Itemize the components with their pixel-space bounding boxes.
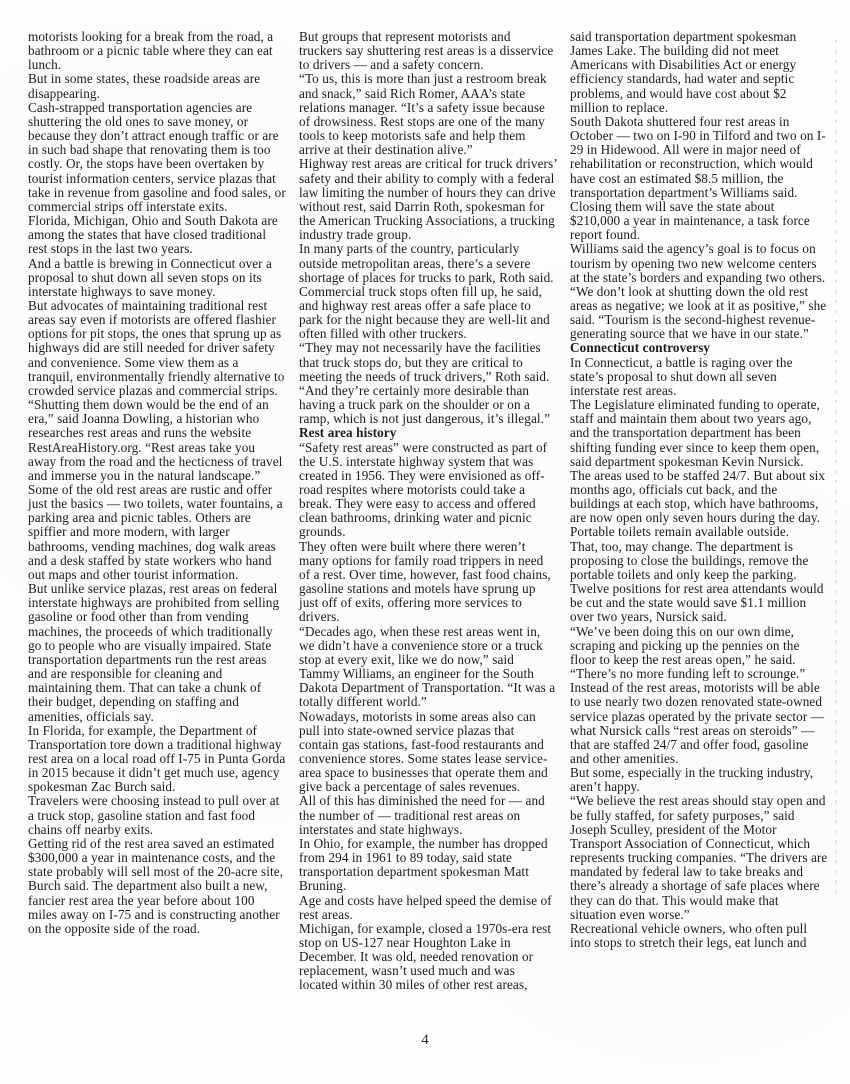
paragraph: Cash-strapped transportation agencies ar…: [28, 101, 286, 214]
paragraph: Age and costs have helped speed the demi…: [299, 894, 557, 922]
paragraph: Some of the old rest areas are rustic an…: [28, 483, 286, 582]
paragraph: In many parts of the country, particular…: [299, 242, 557, 341]
section-heading: Connecticut controversy: [570, 341, 828, 355]
paragraph: All of this has diminished the need for …: [299, 794, 557, 836]
paragraph: Getting rid of the rest area saved an es…: [28, 837, 286, 936]
paragraph: The Legislature eliminated funding to op…: [570, 398, 828, 469]
paragraph: “Decades ago, when these rest areas went…: [299, 625, 557, 710]
paragraph: “We’ve been doing this on our own dime, …: [570, 625, 828, 667]
scan-edge-artifact: [835, 40, 837, 900]
paragraph: They often were built where there weren’…: [299, 540, 557, 625]
column-2: But groups that represent motorists and …: [299, 30, 557, 993]
paragraph: “We believe the rest areas should stay o…: [570, 794, 828, 921]
paragraph: But in some states, these roadside areas…: [28, 72, 286, 100]
paragraph: “We don’t look at shutting down the old …: [570, 285, 828, 342]
paragraph: Florida, Michigan, Ohio and South Dakota…: [28, 214, 286, 256]
paragraph: “To us, this is more than just a restroo…: [299, 72, 557, 157]
paragraph: said transportation department spokesman…: [570, 30, 828, 115]
article-columns: motorists looking for a break from the r…: [0, 0, 850, 993]
paragraph: motorists looking for a break from the r…: [28, 30, 286, 72]
scanned-document-page: motorists looking for a break from the r…: [0, 0, 850, 1084]
paragraph: Instead of the rest areas, motorists wil…: [570, 681, 828, 766]
paragraph: “Safety rest areas” were constructed as …: [299, 441, 557, 540]
paragraph: But unlike service plazas, rest areas on…: [28, 582, 286, 724]
paragraph: Williams said the agency’s goal is to fo…: [570, 242, 828, 284]
paragraph: Twelve positions for rest area attendant…: [570, 582, 828, 624]
paragraph: That, too, may change. The department is…: [570, 540, 828, 582]
paragraph: The areas used to be staffed 24/7. But a…: [570, 469, 828, 540]
paragraph: And a battle is brewing in Connecticut o…: [28, 257, 286, 299]
paragraph: Michigan, for example, closed a 1970s-er…: [299, 922, 557, 993]
paragraph: South Dakota shuttered four rest areas i…: [570, 115, 828, 242]
paragraph: But some, especially in the trucking ind…: [570, 766, 828, 794]
paragraph: In Connecticut, a battle is raging over …: [570, 356, 828, 398]
column-3: said transportation department spokesman…: [570, 30, 828, 993]
paragraph: But groups that represent motorists and …: [299, 30, 557, 72]
paragraph: But advocates of maintaining traditional…: [28, 299, 286, 398]
paragraph: “There’s no more funding left to scroung…: [570, 667, 828, 681]
paragraph: In Florida, for example, the Department …: [28, 724, 286, 795]
paragraph: “They may not necessarily have the facil…: [299, 341, 557, 426]
page-number: 4: [0, 1032, 850, 1049]
paragraph: “Shutting them down would be the end of …: [28, 398, 286, 483]
paragraph: Highway rest areas are critical for truc…: [299, 157, 557, 242]
column-1: motorists looking for a break from the r…: [28, 30, 286, 993]
paragraph: Travelers were choosing instead to pull …: [28, 794, 286, 836]
paragraph: Recreational vehicle owners, who often p…: [570, 922, 828, 950]
section-heading: Rest area history: [299, 426, 557, 440]
paragraph: Nowadays, motorists in some areas also c…: [299, 710, 557, 795]
paragraph: In Ohio, for example, the number has dro…: [299, 837, 557, 894]
